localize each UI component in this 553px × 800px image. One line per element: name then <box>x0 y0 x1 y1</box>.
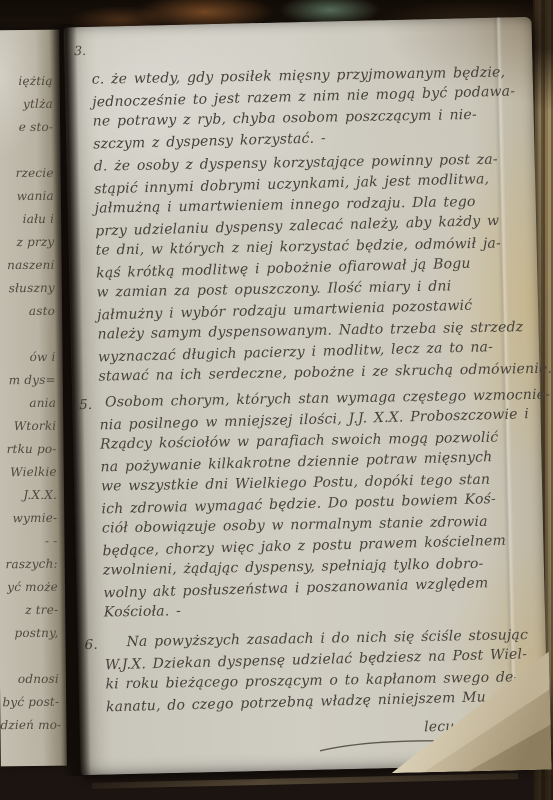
previous-page-text-fragment: J.X.X. <box>0 484 64 507</box>
bottom-page-edge <box>92 773 518 789</box>
previous-page-text-fragment: asto <box>0 300 62 323</box>
previous-page-text-fragment: dzień mo- <box>0 714 66 737</box>
previous-page-text-fragment: postny, <box>0 622 66 645</box>
previous-page-text-fragment: wymie- <box>0 507 64 531</box>
previous-page-text-fragment: rtku po- <box>0 438 64 461</box>
previous-page-text-fragment: z tre- <box>0 599 65 623</box>
previous-page-text-fragment: ania <box>0 392 63 415</box>
previous-page-text-fragment: m dys= <box>0 369 63 393</box>
paragraph-d: d. że osoby z dyspensy korzystające powi… <box>94 148 525 389</box>
previous-page-text-fragment: odnosi <box>0 668 66 691</box>
previous-page-text-fragment <box>0 323 62 347</box>
handwritten-text-block: c. że wtedy, gdy posiłek mięsny przyjmow… <box>92 61 534 765</box>
previous-page-text-fragment: ów i <box>0 346 63 369</box>
previous-page-text-fragment: Wtorki <box>0 415 63 439</box>
paragraph-6: 6. Na powyższych zasadach i do nich się … <box>104 624 532 718</box>
previous-page-text-fragment: Wielkie <box>0 461 64 485</box>
manuscript-page: 3. c. że wtedy, gdy posiłek mięsny przyj… <box>64 17 549 775</box>
previous-page-text-fragment: być post- <box>0 691 66 715</box>
previous-page-text-fragment <box>0 645 66 669</box>
previous-page-text-fragment: słuszny <box>0 277 62 301</box>
previous-page-text-fragment: - - <box>0 530 65 553</box>
paragraph-5: 5. Osobom chorym, których stan wymaga cz… <box>99 384 530 625</box>
previous-page-text-fragment: raszych: <box>0 553 65 577</box>
manuscript-photo: iężtią ytlża e sto- rzecie wania iału i … <box>0 0 553 800</box>
previous-page-text-fragment: yć może <box>0 576 65 599</box>
paragraph-c: c. że wtedy, gdy posiłek mięsny przyjmow… <box>92 61 520 155</box>
